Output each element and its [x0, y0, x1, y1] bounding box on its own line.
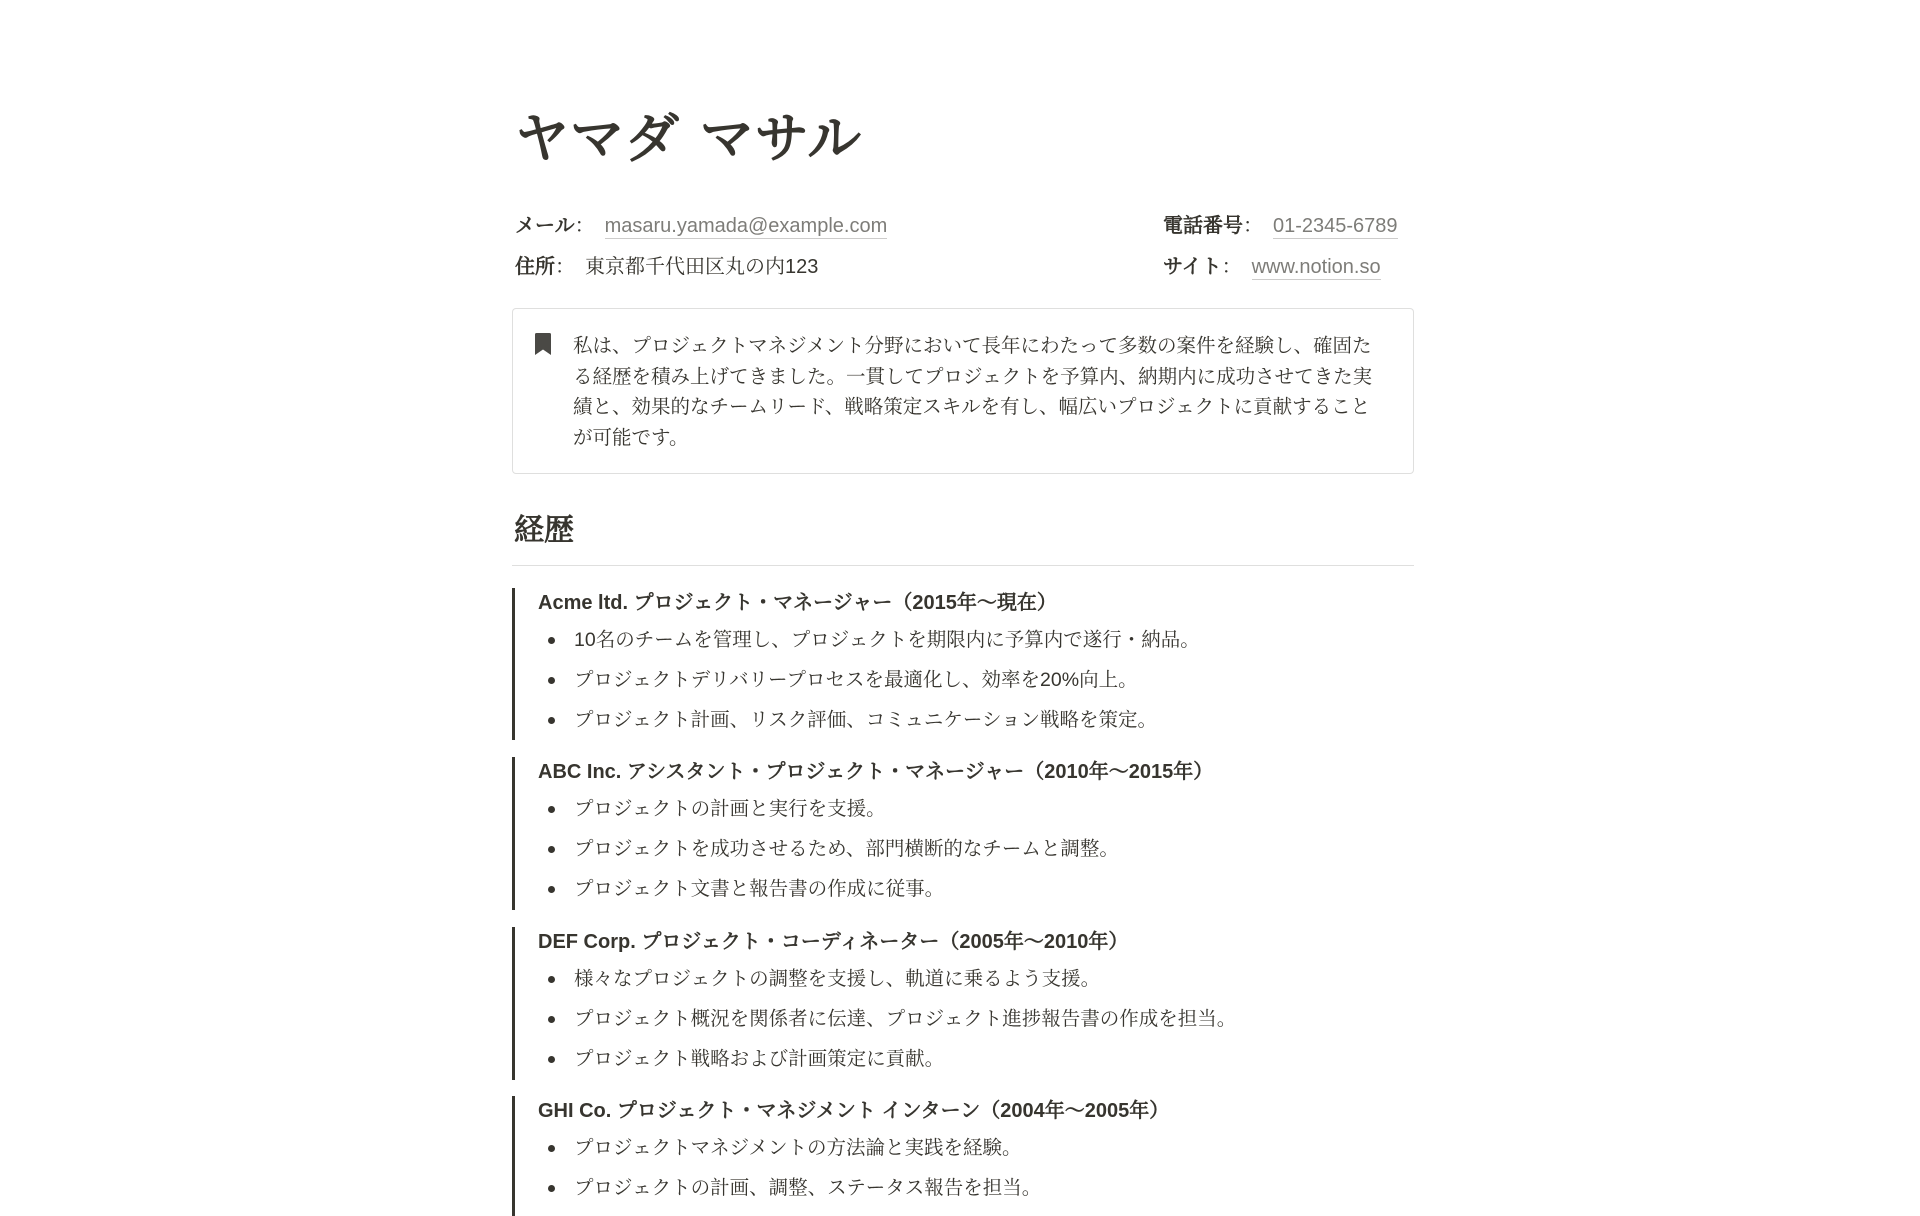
- email-label: メール: [515, 215, 575, 237]
- job-bullet-list: プロジェクトの計画と実行を支援。 プロジェクトを成功させるため、部門横断的なチー…: [538, 791, 1414, 911]
- job-entry: DEF Corp. プロジェクト・コーディネーター（2005年〜2010年） 様…: [512, 927, 1414, 1080]
- list-item: プロジェクト文書と報告書の作成に従事。: [538, 871, 1414, 911]
- bullet-icon: [548, 1145, 555, 1152]
- list-item: 10名のチームを管理し、プロジェクトを期限内に予算内で遂行・納品。: [538, 622, 1414, 662]
- list-item: プロジェクトの計画と実行を支援。: [538, 791, 1414, 831]
- bullet-icon: [548, 886, 555, 893]
- job-bullet-list: 10名のチームを管理し、プロジェクトを期限内に予算内で遂行・納品。 プロジェクト…: [538, 622, 1414, 742]
- bullet-icon: [548, 677, 555, 684]
- job-entry: GHI Co. プロジェクト・マネジメント インターン（2004年〜2005年）…: [512, 1096, 1414, 1199]
- address-label: 住所: [515, 256, 555, 278]
- bullet-icon: [548, 1056, 555, 1063]
- list-item: プロジェクトデリバリープロセスを最適化し、効率を20%向上。: [538, 662, 1414, 702]
- bookmark-icon: [535, 333, 551, 355]
- list-item: プロジェクト戦略および計画策定に貢献。: [538, 1041, 1414, 1081]
- list-item: プロジェクト計画、リスク評価、コミュニケーション戦略を策定。: [538, 702, 1414, 742]
- site-link[interactable]: www.notion.so: [1252, 256, 1381, 280]
- bullet-icon: [548, 976, 555, 983]
- summary-text: 私は、プロジェクトマネジメント分野において長年にわたって多数の案件を経験し、確固…: [573, 331, 1389, 453]
- contact-site: サイト：www.notion.so: [1163, 252, 1381, 282]
- bullet-icon: [548, 1016, 555, 1023]
- list-item: 様々なプロジェクトの調整を支援し、軌道に乗るよう支援。: [538, 961, 1414, 1001]
- job-title: ABC Inc. アシスタント・プロジェクト・マネージャー（2010年〜2015…: [538, 757, 1414, 791]
- bullet-icon: [548, 1185, 555, 1192]
- job-bullet-list: 様々なプロジェクトの調整を支援し、軌道に乗るよう支援。 プロジェクト概況を関係者…: [538, 961, 1414, 1081]
- experience-heading: 経歴: [514, 510, 574, 552]
- job-title: Acme ltd. プロジェクト・マネージャー（2015年〜現在）: [538, 588, 1414, 622]
- email-link[interactable]: masaru.yamada@example.com: [605, 215, 888, 239]
- bullet-icon: [548, 806, 555, 813]
- email-separator: ：: [575, 215, 595, 237]
- bullet-icon: [548, 846, 555, 853]
- list-item: プロジェクトマネジメントの方法論と実践を経験。: [538, 1130, 1414, 1170]
- job-title: DEF Corp. プロジェクト・コーディネーター（2005年〜2010年）: [538, 927, 1414, 961]
- contact-address: 住所：東京都千代田区丸の内123: [515, 252, 818, 282]
- job-bullet-list: プロジェクトマネジメントの方法論と実践を経験。 プロジェクトの計画、調整、ステー…: [538, 1130, 1414, 1199]
- job-entry: ABC Inc. アシスタント・プロジェクト・マネージャー（2010年〜2015…: [512, 757, 1414, 910]
- job-title: GHI Co. プロジェクト・マネジメント インターン（2004年〜2005年）: [538, 1096, 1414, 1130]
- address-value: 東京都千代田区丸の内123: [585, 256, 818, 278]
- list-item: プロジェクトを成功させるため、部門横断的なチームと調整。: [538, 831, 1414, 871]
- section-divider: [512, 565, 1414, 566]
- page-title: ヤマダ マサル: [515, 104, 862, 174]
- summary-callout: 私は、プロジェクトマネジメント分野において長年にわたって多数の案件を経験し、確固…: [512, 308, 1414, 474]
- contact-phone: 電話番号：01-2345-6789: [1163, 211, 1398, 241]
- contact-row-1: メール：masaru.yamada@example.com 電話番号：01-23…: [512, 211, 1414, 241]
- site-separator: ：: [1222, 256, 1242, 278]
- job-entry: Acme ltd. プロジェクト・マネージャー（2015年〜現在） 10名のチー…: [512, 588, 1414, 740]
- phone-link[interactable]: 01-2345-6789: [1273, 215, 1398, 239]
- bullet-icon: [548, 637, 555, 644]
- phone-separator: ：: [1243, 215, 1263, 237]
- list-item: プロジェクトの計画、調整、ステータス報告を担当。: [538, 1170, 1414, 1199]
- list-item: プロジェクト概況を関係者に伝達、プロジェクト進捗報告書の作成を担当。: [538, 1001, 1414, 1041]
- bullet-icon: [548, 717, 555, 724]
- contact-row-2: 住所：東京都千代田区丸の内123 サイト：www.notion.so: [512, 252, 1414, 282]
- phone-label: 電話番号: [1163, 215, 1243, 237]
- address-separator: ：: [555, 256, 575, 278]
- contact-email: メール：masaru.yamada@example.com: [515, 211, 887, 241]
- site-label: サイト: [1163, 256, 1222, 278]
